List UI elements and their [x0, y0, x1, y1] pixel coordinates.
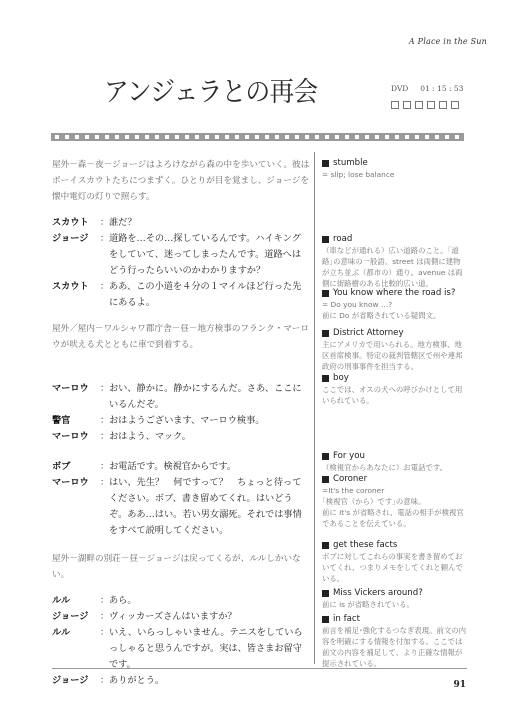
film-hole-icon: [85, 135, 89, 139]
vocab-entry: in fact 前言を補足･強化するつなぎ表現。前文の内容を明確にする情報を付加…: [322, 613, 467, 669]
checkbox[interactable]: [451, 101, 459, 109]
colon: ：: [100, 625, 109, 673]
speech: 道路を…その…探しているんです。ハイキングをしていて、迷ってしまったんです。道路…: [109, 231, 310, 279]
film-hole-icon: [135, 135, 139, 139]
column-divider: [314, 152, 315, 664]
square-bullet-icon: [322, 160, 329, 167]
film-hole-icon: [175, 135, 179, 139]
speaker: スカウト: [52, 279, 100, 311]
speaker: ジョージ: [52, 609, 100, 625]
vocab-entry: Coroner =It's the coroner ｢検視官（から）です｣の意味…: [322, 473, 467, 529]
vocab-term: stumble: [333, 157, 368, 169]
film-hole-icon: [445, 135, 449, 139]
film-hole-icon: [235, 135, 239, 139]
colon: ：: [100, 231, 109, 279]
film-hole-icon: [275, 135, 279, 139]
dialogue-line: ジョージ：道路を…その…探しているんです。ハイキングをしていて、迷ってしまったん…: [52, 231, 310, 279]
colon: ：: [100, 475, 109, 539]
speech: ありがとう。: [109, 673, 310, 689]
film-hole-icon: [145, 135, 149, 139]
film-hole-icon: [395, 135, 399, 139]
film-hole-icon: [225, 135, 229, 139]
colon: ：: [100, 215, 109, 231]
colon: ：: [100, 279, 109, 311]
vocab-term: in fact: [333, 613, 360, 625]
colon: ：: [100, 593, 109, 609]
speaker: ジョージ: [52, 231, 100, 279]
film-hole-icon: [195, 135, 199, 139]
vocab-term: For you: [333, 450, 365, 462]
speaker: 警官: [52, 413, 100, 429]
vocab-definition: （車などが通れる）広い道路のこと。｢道路｣の意味の一般語。street は両側に…: [322, 245, 467, 289]
dialogue-line: マーロウ：おはよう、マック。: [52, 429, 310, 445]
vocab-term: road: [333, 233, 352, 245]
colon: ：: [100, 381, 109, 413]
checkbox[interactable]: [391, 101, 399, 109]
vocab-definition: = Do you know …? 前に Do が省略されている疑問文。: [322, 299, 467, 321]
square-bullet-icon: [322, 290, 329, 297]
vocab-term: District Attorney: [333, 327, 404, 339]
dialogue-line: スカウト：誰だ？: [52, 215, 310, 231]
speaker: ルル: [52, 593, 100, 609]
square-bullet-icon: [322, 590, 329, 597]
film-hole-icon: [425, 135, 429, 139]
vocab-entry: get these facts ボブに対してこれらの事実を書き留めておいてくれ、…: [322, 539, 467, 584]
colon: ：: [100, 429, 109, 445]
speech: おはようございます、マーロウ検事。: [109, 413, 310, 429]
film-hole-icon: [255, 135, 259, 139]
vocab-entry: Miss Vickers around? 前に is が省略されている。: [322, 587, 467, 610]
speech: お電話です。検視官からです。: [109, 459, 310, 475]
film-hole-icon: [345, 135, 349, 139]
vocab-definition: ここでは、オスの犬への呼びかけとして用いられている。: [322, 384, 467, 406]
film-hole-icon: [325, 135, 329, 139]
speaker: スカウト: [52, 215, 100, 231]
vocab-entry: boy ここでは、オスの犬への呼びかけとして用いられている。: [322, 372, 467, 406]
vocab-term: You know where the road is?: [333, 287, 455, 299]
square-bullet-icon: [322, 236, 329, 243]
dialogue-line: ボブ：お電話です。検視官からです。: [52, 459, 310, 475]
dialogue-line: ジョージ：ありがとう。: [52, 673, 310, 689]
film-hole-icon: [315, 135, 319, 139]
film-hole-icon: [335, 135, 339, 139]
film-hole-icon: [415, 135, 419, 139]
vocab-definition: （検視官からあなたに）お電話です。: [322, 462, 467, 473]
colon: ：: [100, 459, 109, 475]
stage-direction: 屋外／屋内－ワルシャワ郡庁舎－昼－地方検事のフランク・マーロウが吠える犬とともに…: [52, 321, 310, 353]
stage-direction: 屋外－森－夜－ジョージはよろけながら森の中を歩いていく。彼はボーイスカウトたちに…: [52, 157, 310, 205]
speaker: マーロウ: [52, 429, 100, 445]
bottom-rule: [52, 668, 467, 669]
vocab-definition: 前に is が省略されている。: [322, 599, 467, 610]
vocab-definition: =It's the coroner ｢検視官（から）です｣の意味。 前に It'…: [322, 485, 467, 529]
vocab-entry: stumble = slip; lose balance: [322, 157, 467, 180]
speech: 誰だ？: [109, 215, 310, 231]
speech: あら。: [109, 593, 310, 609]
vocab-definition: 主にアメリカで用いられる。地方検事、地区首席検事。特定の裁判管轄区で州や連邦政府…: [322, 339, 467, 372]
series-title: A Place in the Sun: [409, 37, 487, 46]
dialogue-line: ルル：あら。: [52, 593, 310, 609]
checkbox[interactable]: [415, 101, 423, 109]
film-hole-icon: [115, 135, 119, 139]
film-hole-icon: [155, 135, 159, 139]
checkbox[interactable]: [427, 101, 435, 109]
film-hole-icon: [375, 135, 379, 139]
film-hole-icon: [365, 135, 369, 139]
page-number: 91: [453, 680, 466, 690]
film-hole-icon: [55, 135, 59, 139]
checkbox[interactable]: [439, 101, 447, 109]
speech: いえ、いらっしゃいません。テニスをしていらっしゃると思うんですが。実は、皆さまお…: [109, 625, 310, 673]
square-bullet-icon: [322, 375, 329, 382]
vocab-term: Miss Vickers around?: [333, 587, 423, 599]
colon: ：: [100, 609, 109, 625]
scene-title: アンジェラとの再会: [104, 70, 317, 109]
speaker: マーロウ: [52, 381, 100, 413]
film-hole-icon: [435, 135, 439, 139]
film-hole-icon: [305, 135, 309, 139]
dialogue-line: マーロウ：はい、先生？ 何ですって？ ちょっと待ってください。ボブ、書き留めてく…: [52, 475, 310, 539]
film-hole-icon: [125, 135, 129, 139]
film-hole-icon: [455, 135, 459, 139]
square-bullet-icon: [322, 616, 329, 623]
vocab-term: get these facts: [333, 539, 397, 551]
dvd-timecode: DVD 01 : 15 : 53: [391, 84, 463, 93]
stage-direction: 屋外－湖畔の別荘－昼－ジョージは戻ってくるが、ルルしかいない。: [52, 551, 310, 583]
dialogue-line: 警官：おはようございます、マーロウ検事。: [52, 413, 310, 429]
vocab-term: Coroner: [333, 473, 367, 485]
square-bullet-icon: [322, 476, 329, 483]
dialogue-line: マーロウ：おい、静かに。静かにするんだ。さあ、ここにいるんだぞ。: [52, 381, 310, 413]
film-hole-icon: [205, 135, 209, 139]
speaker: ジョージ: [52, 673, 100, 689]
film-hole-icon: [285, 135, 289, 139]
vocab-definition: ボブに対してこれらの事実を書き留めておいてくれ、つまりメモをしてくれと頼んでいる…: [322, 551, 467, 584]
film-hole-icon: [95, 135, 99, 139]
vocab-entry: District Attorney 主にアメリカで用いられる。地方検事、地区首席…: [322, 327, 467, 372]
vocab-term: boy: [333, 372, 349, 384]
speaker: マーロウ: [52, 475, 100, 539]
dialogue-line: ルル：いえ、いらっしゃいません。テニスをしていらっしゃると思うんですが。実は、皆…: [52, 625, 310, 673]
square-bullet-icon: [322, 453, 329, 460]
checkbox[interactable]: [403, 101, 411, 109]
square-bullet-icon: [322, 330, 329, 337]
film-hole-icon: [405, 135, 409, 139]
film-hole-icon: [265, 135, 269, 139]
film-hole-icon: [165, 135, 169, 139]
film-hole-icon: [185, 135, 189, 139]
vocab-entry: For you （検視官からあなたに）お電話です。: [322, 450, 467, 473]
vocab-entry: You know where the road is? = Do you kno…: [322, 287, 467, 321]
dialogue-line: スカウト：ああ、この小道を４分の１マイルほど行った先にあるよ。: [52, 279, 310, 311]
film-hole-icon: [385, 135, 389, 139]
timecode: 01 : 15 : 53: [420, 84, 463, 93]
speech: おはよう、マック。: [109, 429, 310, 445]
colon: ：: [100, 413, 109, 429]
dvd-label: DVD: [391, 84, 408, 93]
vocab-definition: 前言を補足･強化するつなぎ表現。前文の内容を明確にする情報を付加する。ここでは前…: [322, 625, 467, 669]
film-hole-icon: [295, 135, 299, 139]
filmstrip-divider: [51, 133, 464, 141]
speech: ああ、この小道を４分の１マイルほど行った先にあるよ。: [109, 279, 310, 311]
script-column: 屋外－森－夜－ジョージはよろけながら森の中を歩いていく。彼はボーイスカウトたちに…: [52, 157, 310, 689]
speaker: ルル: [52, 625, 100, 673]
speaker: ボブ: [52, 459, 100, 475]
vocab-entry: road （車などが通れる）広い道路のこと。｢道路｣の意味の一般語。street…: [322, 233, 467, 289]
speech: おい、静かに。静かにするんだ。さあ、ここにいるんだぞ。: [109, 381, 310, 413]
film-hole-icon: [105, 135, 109, 139]
speech: ヴィッカーズさんはいますか？: [109, 609, 310, 625]
film-hole-icon: [65, 135, 69, 139]
film-hole-icon: [215, 135, 219, 139]
film-hole-icon: [355, 135, 359, 139]
checkbox-row: [391, 101, 459, 109]
square-bullet-icon: [322, 542, 329, 549]
vocab-definition: = slip; lose balance: [322, 169, 467, 180]
film-hole-icon: [245, 135, 249, 139]
dialogue-line: ジョージ：ヴィッカーズさんはいますか？: [52, 609, 310, 625]
colon: ：: [100, 673, 109, 689]
film-hole-icon: [75, 135, 79, 139]
speech: はい、先生？ 何ですって？ ちょっと待ってください。ボブ、書き留めてくれ。はいど…: [109, 475, 310, 539]
